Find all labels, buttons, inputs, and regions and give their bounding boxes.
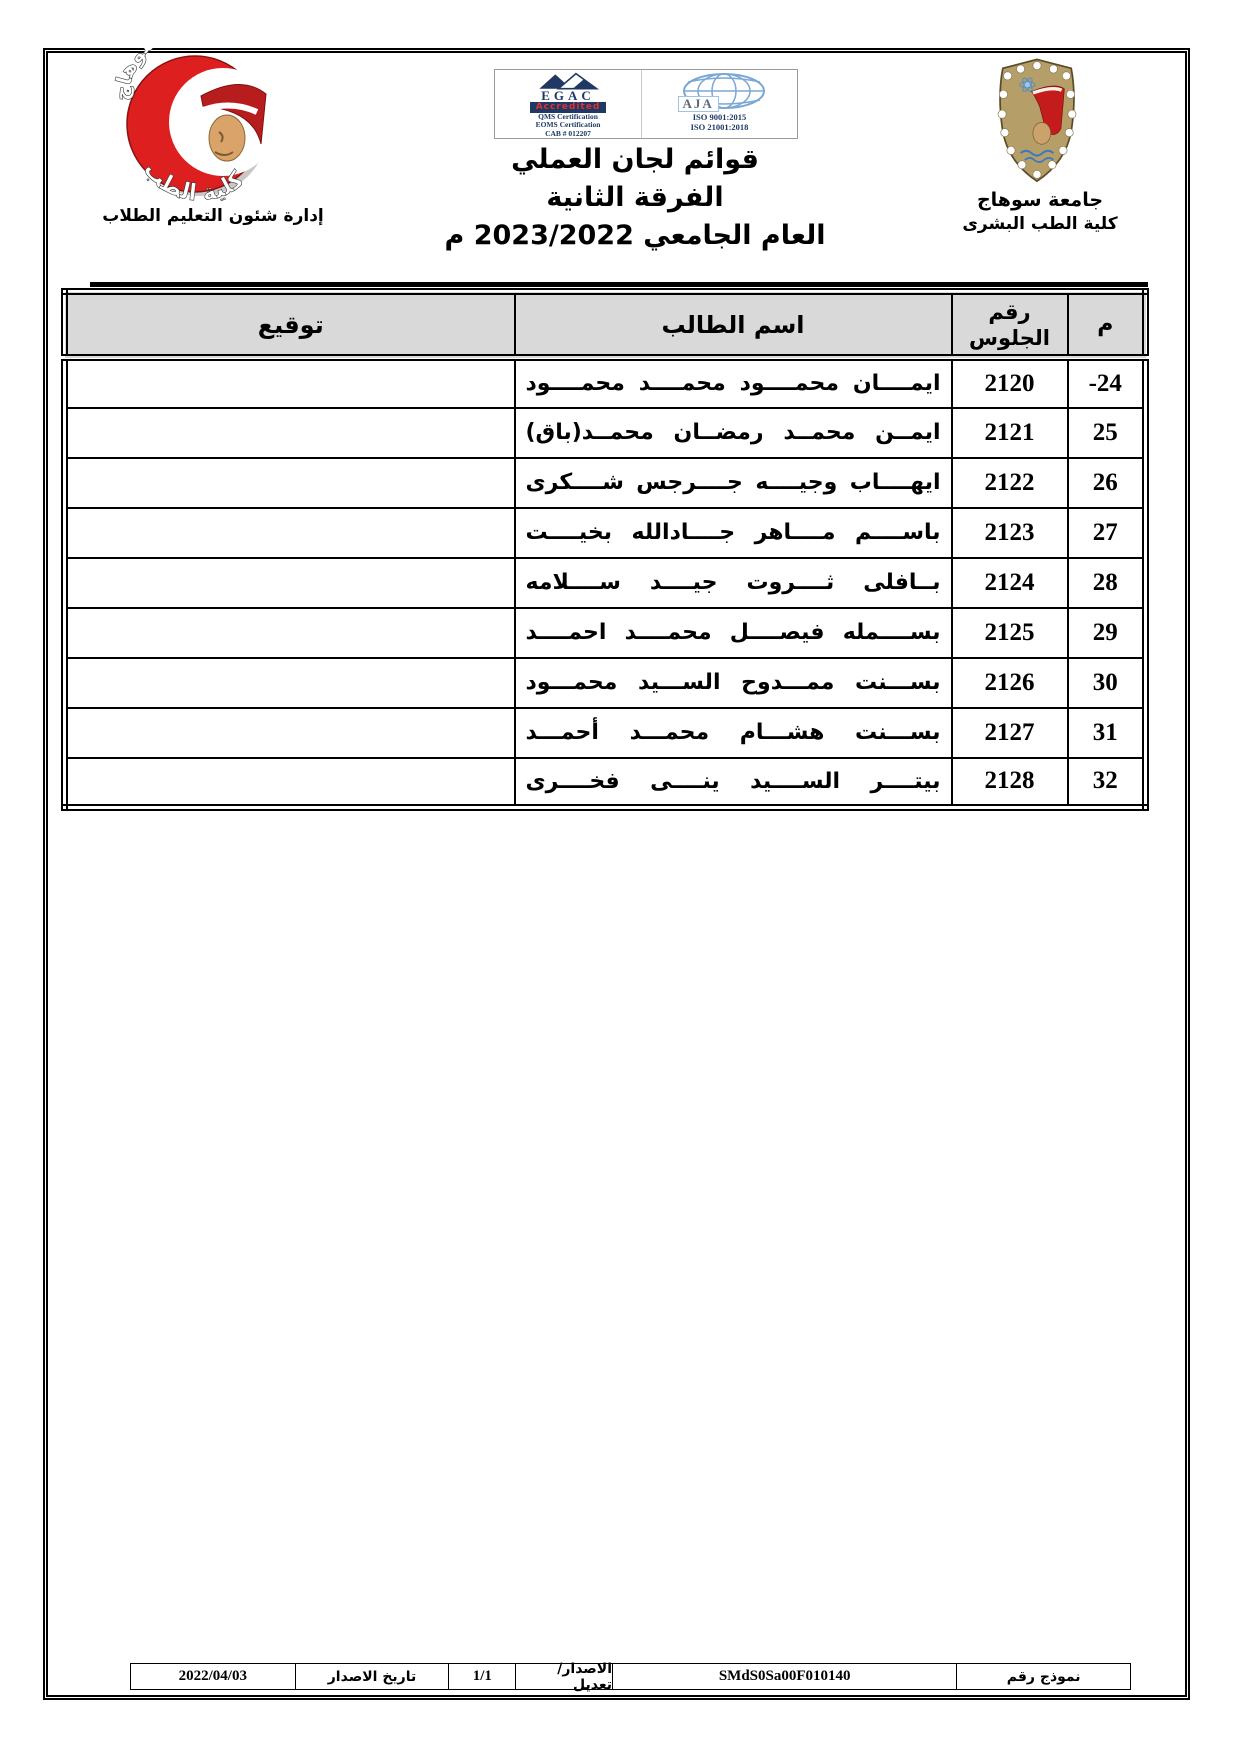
- row-index: 25: [1068, 408, 1146, 458]
- row-student-name: ايهــــاب وجيــــه جــــرجس شــــكرى: [515, 458, 952, 508]
- faculty-crescent-logo-icon: جامعة سوهاج كلية الطب: [103, 48, 318, 203]
- table-row: -24 2120 ايمــــان محمــــود محمــــد مح…: [65, 358, 1146, 408]
- row-student-name: بســـنت ممـــدوح الســـيد محمـــود: [515, 658, 952, 708]
- university-name-block: جامعة سوهاج كلية الطب البشرى: [925, 188, 1155, 236]
- row-seat-number: 2124: [952, 558, 1068, 608]
- footer-form-code: SMdS0Sa00F010140: [612, 1664, 956, 1689]
- egac-accredited-text: Accredited: [530, 102, 607, 113]
- egac-logo: EGAC Accredited QMS Certification EOMS C…: [495, 70, 641, 138]
- table-row: 32 2128 بيتــــر الســــيد ينــــى فخـــ…: [65, 758, 1146, 808]
- students-table: م رقم الجلوس اسم الطالب توقيع -24 2120 ا…: [61, 288, 1149, 811]
- row-seat-number: 2125: [952, 608, 1068, 658]
- col-header-signature: توقيع: [65, 292, 515, 358]
- row-signature-cell: [65, 758, 515, 808]
- student-affairs-caption: إدارة شئون التعليم الطلاب: [88, 206, 338, 226]
- row-seat-number: 2123: [952, 508, 1068, 558]
- university-shield-logo-icon: [973, 56, 1101, 186]
- title-line-3: العام الجامعي 2023/2022 م: [420, 217, 850, 255]
- row-index: 32: [1068, 758, 1146, 808]
- egac-cert-line3: CAB # 012207: [545, 130, 591, 139]
- row-index: 26: [1068, 458, 1146, 508]
- row-seat-number: 2120: [952, 358, 1068, 408]
- row-student-name: بســــمله فيصــــل محمــــد احمــــد: [515, 608, 952, 658]
- row-index: 28: [1068, 558, 1146, 608]
- table-row: 26 2122 ايهــــاب وجيــــه جــــرجس شـــ…: [65, 458, 1146, 508]
- faculty-name-text: كلية الطب البشرى: [925, 213, 1155, 236]
- row-signature-cell: [65, 558, 515, 608]
- col-header-index: م: [1068, 292, 1146, 358]
- row-signature-cell: [65, 708, 515, 758]
- table-row: 27 2123 باســــم مــــاهر جــــادالله بخ…: [65, 508, 1146, 558]
- footer-date-label: تاريخ الاصدار: [295, 1664, 449, 1689]
- certification-box: EGAC Accredited QMS Certification EOMS C…: [494, 69, 798, 139]
- footer-form-strip: نموذج رقم SMdS0Sa00F010140 الاصدار/ تعدي…: [130, 1663, 1131, 1690]
- row-index: 29: [1068, 608, 1146, 658]
- row-student-name: بســـنت هشـــام محمـــد أحمـــد: [515, 708, 952, 758]
- col-header-name: اسم الطالب: [515, 292, 952, 358]
- row-signature-cell: [65, 358, 515, 408]
- row-student-name: بــافلى ثــــروت جيــــد ســــلامه: [515, 558, 952, 608]
- row-index: 27: [1068, 508, 1146, 558]
- col-header-seat-line1: رقم: [953, 299, 1067, 325]
- egac-name-text: EGAC: [541, 90, 595, 102]
- col-header-seat: رقم الجلوس: [952, 292, 1068, 358]
- row-seat-number: 2121: [952, 408, 1068, 458]
- row-signature-cell: [65, 658, 515, 708]
- row-seat-number: 2122: [952, 458, 1068, 508]
- col-header-seat-line2: الجلوس: [953, 325, 1067, 351]
- document-page: جامعة سوهاج كلية الطب إدارة شئون التعليم…: [0, 0, 1241, 1754]
- footer-date-value: 2022/04/03: [131, 1664, 295, 1689]
- row-signature-cell: [65, 508, 515, 558]
- row-signature-cell: [65, 608, 515, 658]
- footer-issue-value: 1/1: [448, 1664, 515, 1689]
- row-student-name: بيتــــر الســــيد ينــــى فخــــرى: [515, 758, 952, 808]
- footer-form-label: نموذج رقم: [956, 1664, 1130, 1689]
- row-signature-cell: [65, 458, 515, 508]
- table-row: 28 2124 بــافلى ثــــروت جيــــد ســــلا…: [65, 558, 1146, 608]
- row-index: -24: [1068, 358, 1146, 408]
- row-student-name: ايمــــان محمــــود محمــــد محمــــود: [515, 358, 952, 408]
- table-header-row: م رقم الجلوس اسم الطالب توقيع: [65, 292, 1146, 358]
- university-name-text: جامعة سوهاج: [925, 188, 1155, 213]
- document-title-block: قوائم لجان العملي الفرقة الثانية العام ا…: [420, 141, 850, 255]
- header-divider-rule: [90, 282, 1148, 287]
- table-row: 25 2121 ايمــن محمــد رمضــان محمــد(باق…: [65, 408, 1146, 458]
- row-index: 30: [1068, 658, 1146, 708]
- row-seat-number: 2127: [952, 708, 1068, 758]
- table-row: 31 2127 بســـنت هشـــام محمـــد أحمـــد: [65, 708, 1146, 758]
- table-row: 30 2126 بســـنت ممـــدوح الســـيد محمـــ…: [65, 658, 1146, 708]
- title-line-1: قوائم لجان العملي: [420, 141, 850, 179]
- aja-iso-line2: ISO 21001:2018: [691, 122, 749, 132]
- aja-name-text: AJA: [678, 96, 719, 112]
- footer-issue-label: الاصدار/ تعديل: [515, 1664, 612, 1689]
- row-student-name: ايمــن محمــد رمضــان محمــد(باق): [515, 408, 952, 458]
- aja-logo: AJA ISO 9001:2015 ISO 21001:2018: [641, 70, 797, 138]
- title-line-2: الفرقة الثانية: [420, 179, 850, 217]
- aja-iso-line1: ISO 9001:2015: [693, 112, 747, 122]
- row-seat-number: 2126: [952, 658, 1068, 708]
- egac-mountains-icon: [526, 72, 610, 90]
- row-signature-cell: [65, 408, 515, 458]
- row-seat-number: 2128: [952, 758, 1068, 808]
- row-student-name: باســــم مــــاهر جــــادالله بخيــــت: [515, 508, 952, 558]
- row-index: 31: [1068, 708, 1146, 758]
- table-row: 29 2125 بســــمله فيصــــل محمــــد احمـ…: [65, 608, 1146, 658]
- students-table-wrap: م رقم الجلوس اسم الطالب توقيع -24 2120 ا…: [61, 288, 1149, 811]
